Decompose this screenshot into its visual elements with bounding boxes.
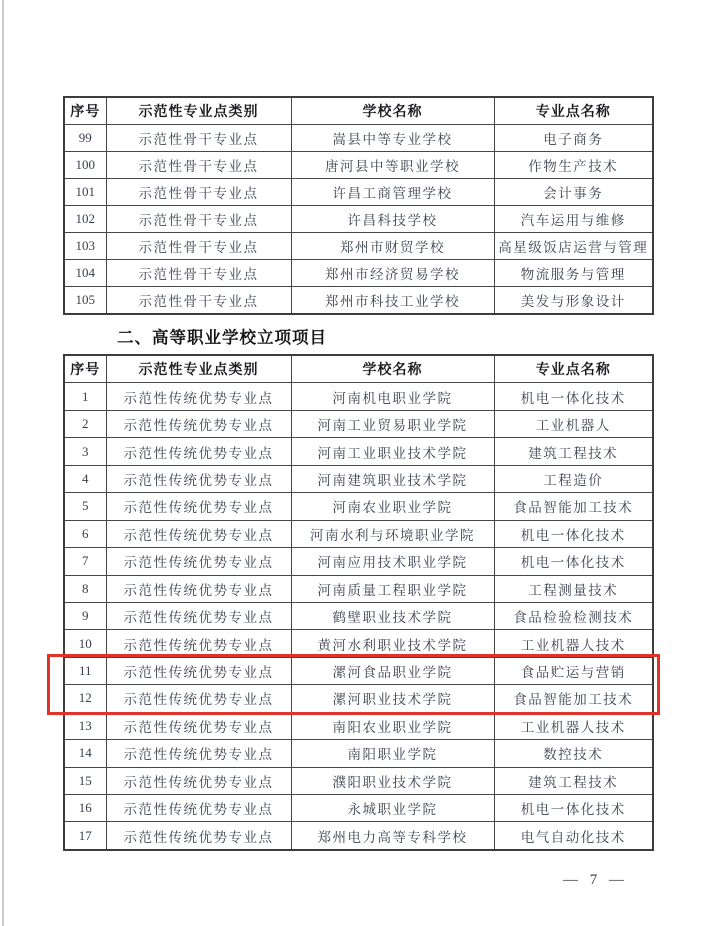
table-cell: 郑州电力高等专科学校 — [291, 822, 494, 850]
table-row: 9示范性传统优势专业点鹤壁职业技术学院食品检验检测技术 — [64, 602, 653, 629]
table-row: 3示范性传统优势专业点河南工业职业技术学院建筑工程技术 — [64, 438, 653, 465]
column-header: 示范性专业点类别 — [106, 97, 291, 125]
table-cell: 示范性传统优势专业点 — [106, 520, 291, 547]
table-row: 8示范性传统优势专业点河南质量工程职业学院工程测量技术 — [64, 575, 653, 602]
table-cell: 2 — [64, 410, 106, 437]
table-cell: 示范性传统优势专业点 — [106, 822, 291, 850]
table-cell: 漯河职业技术学院 — [291, 685, 494, 712]
table-row-highlighted: 12示范性传统优势专业点漯河职业技术学院食品智能加工技术 — [64, 685, 653, 712]
table-cell: 示范性骨干专业点 — [106, 287, 291, 315]
table-cell: 工业机器人技术 — [494, 712, 653, 739]
table-cell: 5 — [64, 493, 106, 520]
table-cell: 14 — [64, 740, 106, 767]
table-row: 16示范性传统优势专业点永城职业学院机电一体化技术 — [64, 795, 653, 822]
table-cell: 11 — [64, 657, 106, 684]
table-cell: 建筑工程技术 — [494, 767, 653, 794]
table-cell: 机电一体化技术 — [494, 795, 653, 822]
table-cell: 濮阳职业技术学院 — [291, 767, 494, 794]
page-number: — 7 — — [563, 872, 628, 889]
table-cell: 示范性传统优势专业点 — [106, 410, 291, 437]
table-row-highlighted: 11示范性传统优势专业点漯河食品职业学院食品贮运与营销 — [64, 657, 653, 684]
secondary-vocational-table: 序号示范性专业点类别学校名称专业点名称99示范性骨干专业点嵩县中等专业学校电子商… — [63, 96, 654, 315]
table-cell: 102 — [64, 206, 106, 233]
table-cell: 示范性骨干专业点 — [106, 179, 291, 206]
table-cell: 示范性传统优势专业点 — [106, 493, 291, 520]
column-header: 专业点名称 — [494, 97, 653, 125]
table-cell: 示范性传统优势专业点 — [106, 630, 291, 657]
table-row: 4示范性传统优势专业点河南建筑职业技术学院工程造价 — [64, 465, 653, 492]
table-row: 99示范性骨干专业点嵩县中等专业学校电子商务 — [64, 125, 653, 152]
table-cell: 河南工业职业技术学院 — [291, 438, 494, 465]
higher-vocational-table: 序号示范性专业点类别学校名称专业点名称1示范性传统优势专业点河南机电职业学院机电… — [63, 354, 654, 851]
table-cell: 16 — [64, 795, 106, 822]
table-cell: 示范性骨干专业点 — [106, 260, 291, 287]
table-row: 101示范性骨干专业点许昌工商管理学校会计事务 — [64, 179, 653, 206]
table-cell: 电子商务 — [494, 125, 653, 152]
column-header: 学校名称 — [291, 355, 494, 383]
table-cell: 食品贮运与营销 — [494, 657, 653, 684]
table-cell: 工业机器人技术 — [494, 630, 653, 657]
table-row: 5示范性传统优势专业点河南农业职业学院食品智能加工技术 — [64, 493, 653, 520]
table-cell: 示范性骨干专业点 — [106, 152, 291, 179]
table-cell: 食品智能加工技术 — [494, 685, 653, 712]
table-cell: 示范性传统优势专业点 — [106, 767, 291, 794]
table-cell: 郑州市科技工业学校 — [291, 287, 494, 315]
table-cell: 示范性传统优势专业点 — [106, 602, 291, 629]
table-cell: 示范性骨干专业点 — [106, 206, 291, 233]
table-cell: 南阳农业职业学院 — [291, 712, 494, 739]
table-row: 100示范性骨干专业点唐河县中等职业学校作物生产技术 — [64, 152, 653, 179]
table-row: 104示范性骨干专业点郑州市经济贸易学校物流服务与管理 — [64, 260, 653, 287]
table-cell: 作物生产技术 — [494, 152, 653, 179]
table-cell: 工业机器人 — [494, 410, 653, 437]
table-cell: 会计事务 — [494, 179, 653, 206]
table-row: 2示范性传统优势专业点河南工业贸易职业学院工业机器人 — [64, 410, 653, 437]
table-cell: 示范性传统优势专业点 — [106, 548, 291, 575]
table-cell: 15 — [64, 767, 106, 794]
table-cell: 漯河食品职业学院 — [291, 657, 494, 684]
table-cell: 河南机电职业学院 — [291, 383, 494, 410]
table-cell: 10 — [64, 630, 106, 657]
table-cell: 嵩县中等专业学校 — [291, 125, 494, 152]
table-cell: 99 — [64, 125, 106, 152]
table-row: 17示范性传统优势专业点郑州电力高等专科学校电气自动化技术 — [64, 822, 653, 850]
table-cell: 104 — [64, 260, 106, 287]
table-cell: 8 — [64, 575, 106, 602]
section-heading: 二、高等职业学校立项项目 — [117, 324, 327, 348]
table-cell: 1 — [64, 383, 106, 410]
table-cell: 3 — [64, 438, 106, 465]
table-row: 14示范性传统优势专业点南阳职业学院数控技术 — [64, 740, 653, 767]
table-cell: 示范性传统优势专业点 — [106, 575, 291, 602]
table-cell: 12 — [64, 685, 106, 712]
table-cell: 黄河水利职业技术学院 — [291, 630, 494, 657]
table-row: 10示范性传统优势专业点黄河水利职业技术学院工业机器人技术 — [64, 630, 653, 657]
table-cell: 示范性传统优势专业点 — [106, 685, 291, 712]
table-cell: 105 — [64, 287, 106, 315]
table-cell: 许昌科技学校 — [291, 206, 494, 233]
table-cell: 郑州市经济贸易学校 — [291, 260, 494, 287]
table-cell: 示范性传统优势专业点 — [106, 740, 291, 767]
table-cell: 唐河县中等职业学校 — [291, 152, 494, 179]
table-cell: 机电一体化技术 — [494, 383, 653, 410]
table-cell: 示范性传统优势专业点 — [106, 438, 291, 465]
table-cell: 13 — [64, 712, 106, 739]
document-page: 序号示范性专业点类别学校名称专业点名称99示范性骨干专业点嵩县中等专业学校电子商… — [0, 0, 706, 926]
table-cell: 河南建筑职业技术学院 — [291, 465, 494, 492]
table-row: 7示范性传统优势专业点河南应用技术职业学院机电一体化技术 — [64, 548, 653, 575]
table-cell: 6 — [64, 520, 106, 547]
table-cell: 河南水利与环境职业学院 — [291, 520, 494, 547]
table-cell: 示范性骨干专业点 — [106, 125, 291, 152]
table-row: 105示范性骨干专业点郑州市科技工业学校美发与形象设计 — [64, 287, 653, 315]
table-cell: 示范性传统优势专业点 — [106, 465, 291, 492]
table-cell: 工程测量技术 — [494, 575, 653, 602]
table-row: 6示范性传统优势专业点河南水利与环境职业学院机电一体化技术 — [64, 520, 653, 547]
table-cell: 汽车运用与维修 — [494, 206, 653, 233]
table-cell: 机电一体化技术 — [494, 520, 653, 547]
table-cell: 101 — [64, 179, 106, 206]
column-header: 学校名称 — [291, 97, 494, 125]
table-cell: 郑州市财贸学校 — [291, 233, 494, 260]
table-cell: 示范性传统优势专业点 — [106, 712, 291, 739]
table-cell: 电气自动化技术 — [494, 822, 653, 850]
table-cell: 鹤壁职业技术学院 — [291, 602, 494, 629]
table-cell: 100 — [64, 152, 106, 179]
table-header-row: 序号示范性专业点类别学校名称专业点名称 — [64, 97, 653, 125]
table-cell: 河南农业职业学院 — [291, 493, 494, 520]
scan-edge-artifact — [2, 0, 4, 926]
table-row: 13示范性传统优势专业点南阳农业职业学院工业机器人技术 — [64, 712, 653, 739]
table-cell: 物流服务与管理 — [494, 260, 653, 287]
table-cell: 数控技术 — [494, 740, 653, 767]
table-cell: 示范性传统优势专业点 — [106, 795, 291, 822]
table-cell: 17 — [64, 822, 106, 850]
table-cell: 示范性传统优势专业点 — [106, 657, 291, 684]
column-header: 专业点名称 — [494, 355, 653, 383]
table-cell: 南阳职业学院 — [291, 740, 494, 767]
table-header-row: 序号示范性专业点类别学校名称专业点名称 — [64, 355, 653, 383]
table-cell: 河南工业贸易职业学院 — [291, 410, 494, 437]
table-cell: 食品智能加工技术 — [494, 493, 653, 520]
column-header: 示范性专业点类别 — [106, 355, 291, 383]
table-cell: 9 — [64, 602, 106, 629]
table-row: 1示范性传统优势专业点河南机电职业学院机电一体化技术 — [64, 383, 653, 410]
table-cell: 103 — [64, 233, 106, 260]
table-cell: 许昌工商管理学校 — [291, 179, 494, 206]
table-cell: 美发与形象设计 — [494, 287, 653, 315]
table-cell: 高星级饭店运营与管理 — [494, 233, 653, 260]
table-cell: 机电一体化技术 — [494, 548, 653, 575]
table-cell: 食品检验检测技术 — [494, 602, 653, 629]
column-header: 序号 — [64, 355, 106, 383]
table-cell: 永城职业学院 — [291, 795, 494, 822]
table-cell: 建筑工程技术 — [494, 438, 653, 465]
table-row: 15示范性传统优势专业点濮阳职业技术学院建筑工程技术 — [64, 767, 653, 794]
table-cell: 4 — [64, 465, 106, 492]
table-cell: 河南质量工程职业学院 — [291, 575, 494, 602]
table-cell: 示范性传统优势专业点 — [106, 383, 291, 410]
table-cell: 河南应用技术职业学院 — [291, 548, 494, 575]
table-row: 102示范性骨干专业点许昌科技学校汽车运用与维修 — [64, 206, 653, 233]
table-cell: 示范性骨干专业点 — [106, 233, 291, 260]
table-cell: 7 — [64, 548, 106, 575]
table-cell: 工程造价 — [494, 465, 653, 492]
table-row: 103示范性骨干专业点郑州市财贸学校高星级饭店运营与管理 — [64, 233, 653, 260]
column-header: 序号 — [64, 97, 106, 125]
